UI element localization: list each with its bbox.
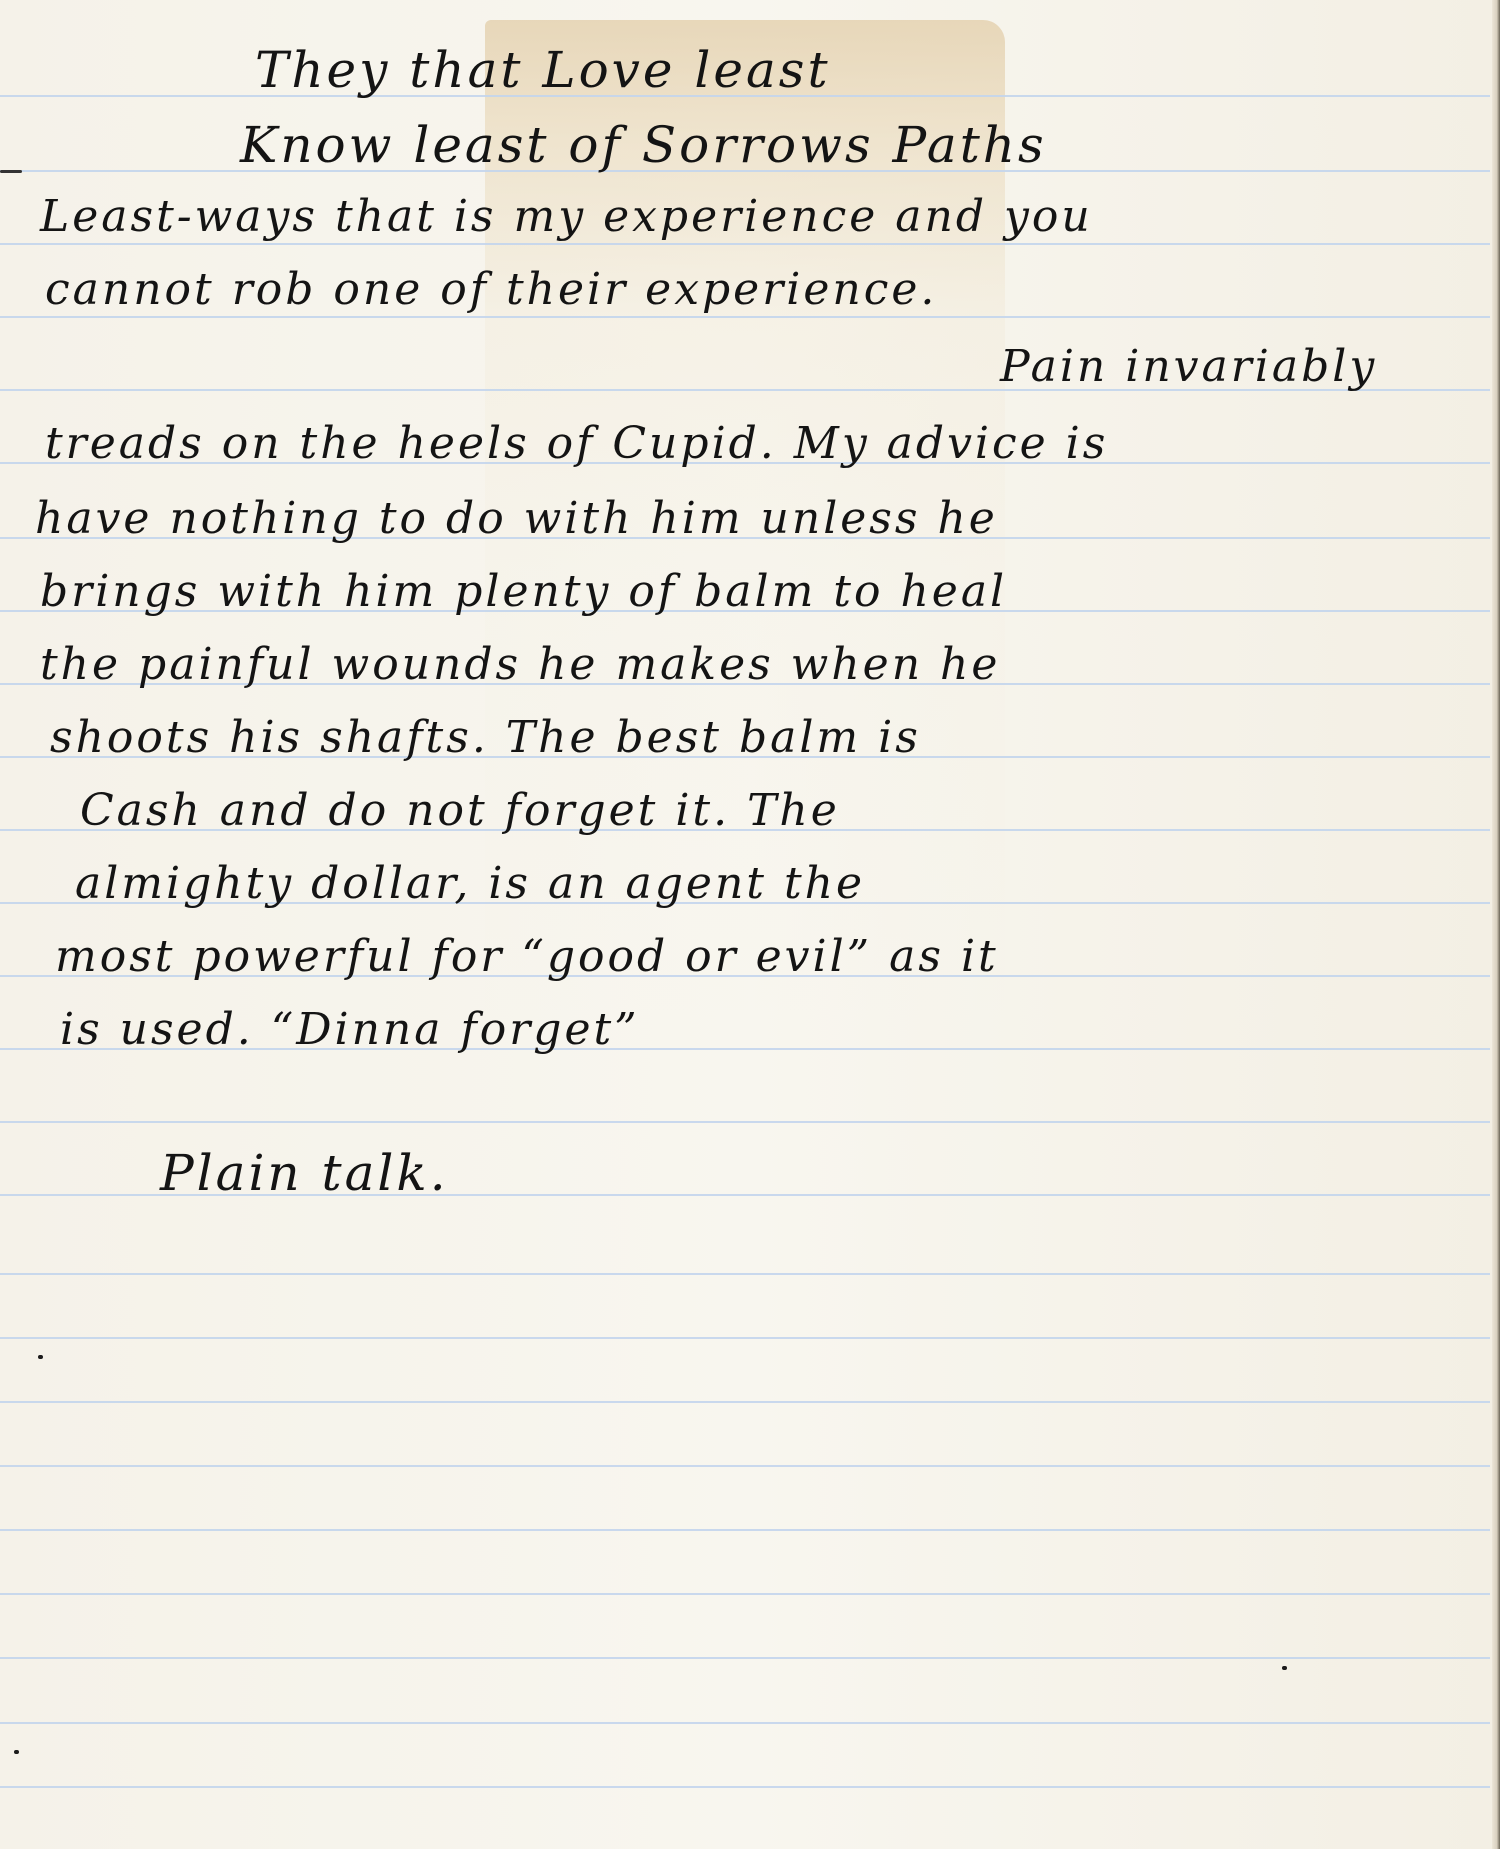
body-line-12: is used. “Dinna forget”	[60, 1008, 640, 1052]
body-line-2: cannot rob one of their experience.	[45, 268, 937, 312]
ruled-line	[0, 1337, 1490, 1339]
ruled-line	[0, 1273, 1490, 1275]
page-edge	[1492, 0, 1500, 1849]
body-line-7: the painful wounds he makes when he	[40, 643, 1000, 687]
ruled-line	[0, 1121, 1490, 1123]
ruled-line	[0, 1786, 1490, 1788]
ruled-line	[0, 1401, 1490, 1403]
body-line-10: almighty dollar, is an agent the	[75, 862, 865, 906]
ruled-line	[0, 1529, 1490, 1531]
body-line-6: brings with him plenty of balm to heal	[40, 570, 1007, 614]
ink-speck	[1282, 1666, 1287, 1670]
body-line-5: have nothing to do with him unless he	[35, 497, 998, 541]
ink-speck	[38, 1355, 43, 1359]
ruled-line	[0, 316, 1490, 318]
body-line-3: Pain invariably	[1000, 345, 1377, 389]
signature: Plain talk.	[160, 1148, 449, 1198]
notebook-page: They that Love least Know least of Sorro…	[0, 0, 1500, 1849]
heading-line-2: Know least of Sorrows Paths	[240, 120, 1047, 170]
body-line-4: treads on the heels of Cupid. My advice …	[45, 422, 1108, 466]
ruled-line	[0, 243, 1490, 245]
heading-line-1: They that Love least	[255, 45, 831, 95]
margin-ink-mark	[0, 170, 22, 173]
body-line-8: shoots his shafts. The best balm is	[50, 716, 921, 760]
body-line-1: Least-ways that is my experience and you	[40, 195, 1093, 239]
body-line-9: Cash and do not forget it. The	[80, 789, 840, 833]
ink-speck	[14, 1750, 19, 1754]
ruled-line	[0, 1465, 1490, 1467]
body-line-11: most powerful for “good or evil” as it	[55, 935, 999, 979]
ruled-line	[0, 1722, 1490, 1724]
ruled-line	[0, 1593, 1490, 1595]
ruled-line	[0, 1657, 1490, 1659]
